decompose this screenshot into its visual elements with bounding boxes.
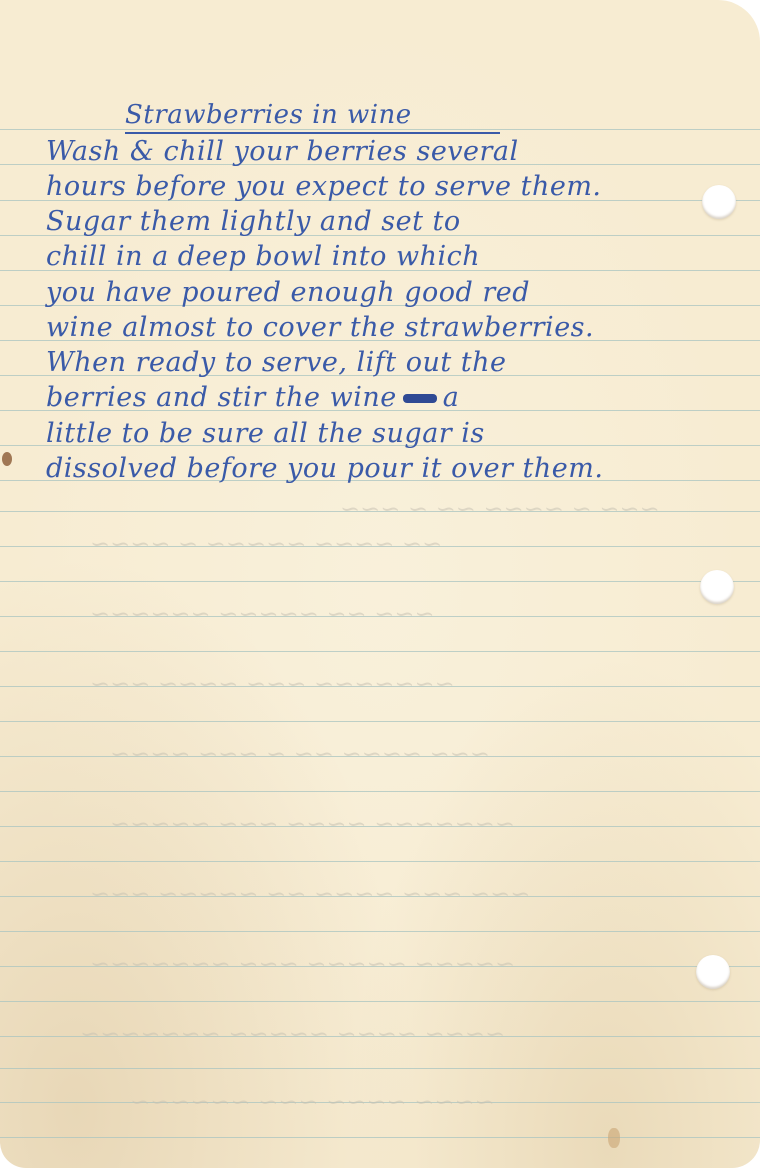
paper-stain (608, 1128, 620, 1148)
bleed-through-texture: ~~~~ ~~~~ ~~~~~ ~~~~~~~ (80, 1020, 505, 1048)
bleed-through-texture: ~~~~~~~ ~~~ ~~~~ ~~~ (90, 670, 455, 698)
ruled-line (0, 1137, 760, 1138)
recipe-line: little to be sure all the sugar is (46, 418, 485, 449)
bleed-through-texture: ~~~ ~~ ~~~~~ ~~~~~~ (90, 600, 435, 628)
bleed-through-texture: ~~~ ~ ~~~~ ~~ ~ ~~~ (340, 495, 660, 523)
bleed-through-texture: ~~ ~~~~ ~~~~~ ~ ~~~~ (90, 530, 442, 558)
bleed-through-texture: ~~~ ~~~~ ~~ ~ ~~~ ~~~~ (110, 740, 490, 768)
recipe-line: dissolved before you pour it over them. (46, 453, 603, 484)
punch-hole (700, 570, 734, 604)
recipe-line: wine almost to cover the strawberries. (46, 312, 594, 343)
bleed-through-texture: ~~~ ~~~ ~~~~ ~~ ~~~~~ ~~~ (90, 880, 530, 908)
recipe-title: Strawberries in wine (125, 100, 500, 134)
ruled-line (0, 861, 760, 862)
recipe-line: hours before you expect to serve them. (46, 171, 602, 202)
bleed-through-texture: ~~~~~ ~~~~~ ~~~ ~~~~~~~ (90, 950, 515, 978)
recipe-text: a (443, 382, 460, 413)
notebook-page: ~~~ ~ ~~~~ ~~ ~ ~~~ ~~ ~~~~ ~~~~~ ~ ~~~~… (0, 0, 760, 1168)
scribbled-out-word (403, 394, 437, 403)
recipe-line-with-strikeout: berries and stir the winea (46, 382, 459, 413)
bleed-through-texture: ~~~~ ~~~~ ~~~ ~~~~~~ (130, 1088, 495, 1116)
ruled-line (0, 651, 760, 652)
ruled-line (0, 721, 760, 722)
recipe-text: berries and stir the wine (46, 382, 397, 413)
recipe-line: Wash & chill your berries several (46, 136, 519, 167)
ruled-line (0, 931, 760, 932)
recipe-line: Sugar them lightly and set to (46, 206, 461, 237)
punch-hole (702, 185, 736, 219)
ink-stain (2, 452, 12, 466)
ruled-line (0, 581, 760, 582)
recipe-line: chill in a deep bowl into which (46, 241, 480, 272)
bleed-through-texture: ~~~~~~~ ~~~~ ~~~ ~~~~~ (110, 810, 515, 838)
ruled-line (0, 1068, 760, 1069)
recipe-line: When ready to serve, lift out the (46, 347, 507, 378)
punch-hole (696, 955, 730, 989)
recipe-line: you have poured enough good red (46, 277, 530, 308)
ruled-line (0, 791, 760, 792)
ruled-line (0, 1001, 760, 1002)
